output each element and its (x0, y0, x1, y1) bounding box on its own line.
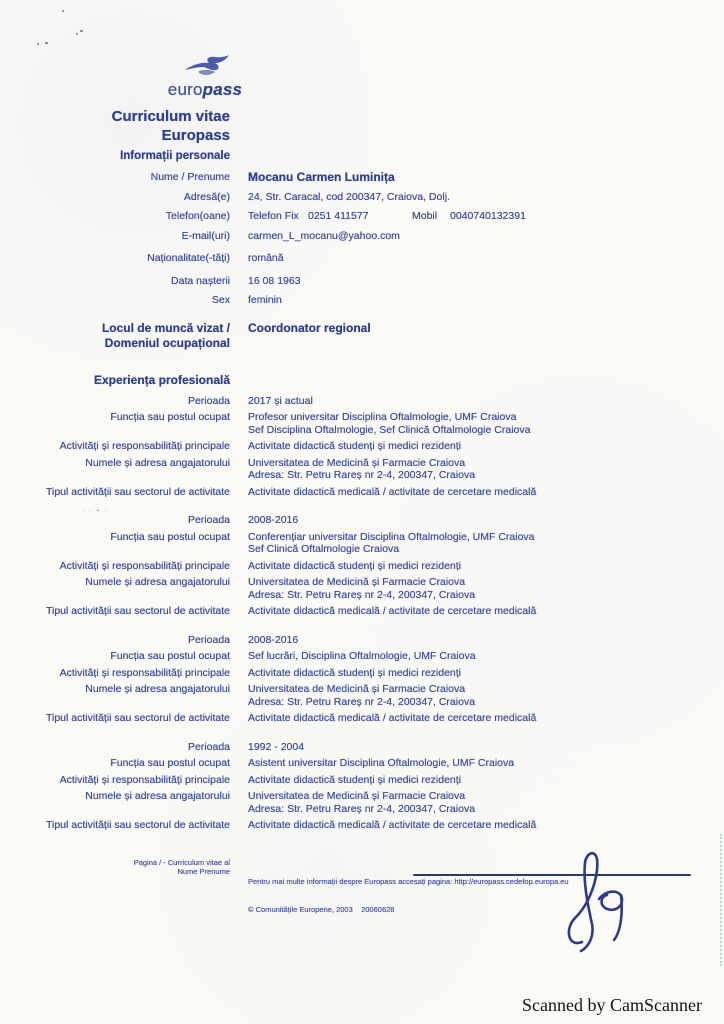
field-label-position: Funcția sau postul ocupat (0, 757, 240, 770)
sector-value: Activitate didactică medicală / activita… (240, 712, 724, 725)
activities-value: Activitate didactică studenți și medici … (240, 560, 724, 573)
field-label-birthdate: Data nașterii (0, 275, 240, 288)
logo-pass-text: pass (203, 80, 243, 99)
scan-speck (76, 33, 79, 36)
field-label-employer: Numele și adresa angajatorului (0, 457, 240, 470)
name-value: Mocanu Carmen Luminița (240, 171, 724, 184)
employer-value-line2: Adresa: Str. Petru Rareș nr 2-4, 200347,… (248, 469, 694, 482)
phone-mobile-value: 0040740132391 (450, 210, 526, 222)
camscanner-watermark: Scanned by CamScanner (522, 995, 702, 1016)
personal-row-phone: Telefon(oane) Telefon Fix0251 411577Mobi… (0, 210, 724, 223)
employer-value-line2: Adresa: Str. Petru Rareș nr 2-4, 200347,… (248, 589, 694, 602)
personal-row-birthdate: Data nașterii 16 08 1963 (0, 275, 724, 288)
field-label-activities: Activități și responsabilități principal… (0, 440, 240, 453)
field-label-position: Funcția sau postul ocupat (0, 650, 240, 663)
position-value-line1: Profesor universitar Disciplina Oftalmol… (248, 411, 694, 424)
phone-fix-label: Telefon Fix (248, 210, 308, 223)
section-heading-experience: Experiența profesională (94, 373, 230, 387)
field-label-email: E-mail(uri) (0, 230, 240, 243)
personal-row-name: Nume / Prenume Mocanu Carmen Luminița (0, 171, 724, 184)
europass-logo: europass (150, 0, 260, 99)
position-value-line2: Sef Clinică Oftalmologie Craiova (248, 543, 694, 556)
position-value-line1: Asistent universitar Disciplina Oftalmol… (248, 757, 694, 770)
field-label-period: Perioada (0, 741, 240, 754)
phone-mobile-label: Mobil (412, 210, 450, 223)
personal-row-email: E-mail(uri) carmen_L_mocanu@yahoo.com (0, 230, 724, 243)
field-label-position: Funcția sau postul ocupat (0, 411, 240, 424)
field-label-period: Perioada (0, 634, 240, 647)
job-target-label-line2: Domeniul ocupațional (0, 336, 230, 351)
scan-speck (62, 10, 64, 12)
field-label-sex: Sex (0, 294, 240, 307)
sector-value: Activitate didactică medicală / activita… (240, 605, 724, 618)
sector-value: Activitate didactică medicală / activita… (240, 486, 724, 499)
field-label-address: Adresă(e) (0, 191, 240, 204)
sector-value: Activitate didactică medicală / activita… (240, 819, 724, 832)
personal-row-address: Adresă(e) 24, Str. Caracal, cod 200347, … (0, 191, 724, 204)
field-label-period: Perioada (0, 514, 240, 527)
experience-entry: Perioada2017 și actual Funcția sau postu… (0, 395, 724, 499)
field-label-sector: Tipul activității sau sectorul de activi… (0, 605, 240, 618)
scanned-cv-page: · · + · europass Curriculum vitae Europa… (0, 0, 724, 1024)
scan-speck (80, 30, 83, 32)
activities-value: Activitate didactică studenți și medici … (240, 440, 724, 453)
email-value: carmen_L_mocanu@yahoo.com (240, 230, 724, 243)
field-label-name: Nume / Prenume (0, 171, 240, 184)
document-title-line2: Europass (0, 126, 230, 145)
document-title-line1: Curriculum vitae (0, 107, 230, 126)
field-label-activities: Activități și responsabilități principal… (0, 774, 240, 787)
period-value: 2008-2016 (240, 514, 724, 527)
period-value: 2008-2016 (240, 634, 724, 647)
field-label-sector: Tipul activității sau sectorul de activi… (0, 486, 240, 499)
job-target-value: Coordonator regional (240, 321, 724, 336)
field-label-activities: Activități și responsabilități principal… (0, 667, 240, 680)
nationality-value: română (240, 252, 724, 265)
page-footer: Pagina / - Curriculum vitae al Nume Pren… (0, 858, 724, 934)
logo-euro-text: euro (168, 80, 203, 99)
field-label-period: Perioada (0, 395, 240, 408)
personal-row-sex: Sex feminin (0, 294, 724, 307)
personal-row-nationality: Naționalitate(-tăți) română (0, 252, 724, 265)
field-label-sector: Tipul activității sau sectorul de activi… (0, 712, 240, 725)
period-value: 1992 - 2004 (240, 741, 724, 754)
position-value-line2: Sef Disciplina Oftalmologie, Sef Clinică… (248, 424, 694, 437)
sex-value: feminin (240, 294, 724, 307)
experience-entry: Perioada2008-2016 Funcția sau postul ocu… (0, 634, 724, 725)
address-value: 24, Str. Caracal, cod 200347, Craiova, D… (240, 191, 724, 204)
field-label-employer: Numele și adresa angajatorului (0, 683, 240, 696)
birthdate-value: 16 08 1963 (240, 275, 724, 288)
job-target-label-line1: Locul de muncă vizat / (0, 321, 230, 336)
field-label-sector: Tipul activității sau sectorul de activi… (0, 819, 240, 832)
scan-speck (37, 43, 39, 45)
experience-entry: Perioada1992 - 2004 Funcția sau postul o… (0, 741, 724, 832)
employer-value-line2: Adresa: Str. Petru Rareș nr 2-4, 200347,… (248, 803, 694, 816)
job-target-row: Locul de muncă vizat / Domeniul ocupațio… (0, 321, 724, 351)
footer-left-line2: Nume Prenume (0, 867, 230, 877)
position-value-line1: Sef lucrări, Disciplina Oftalmologie, UM… (248, 650, 694, 663)
position-value-line1: Conferențiar universitar Disciplina Ofta… (248, 531, 694, 544)
employer-value-line1: Universitatea de Medicină și Farmacie Cr… (248, 683, 694, 696)
activities-value: Activitate didactică studenți și medici … (240, 667, 724, 680)
europass-wordmark: europass (150, 81, 260, 99)
signature-mark (552, 846, 652, 956)
period-value: 2017 și actual (240, 395, 724, 408)
section-heading-personal: Informații personale (0, 149, 230, 164)
footer-left-line1: Pagina / - Curriculum vitae al (0, 858, 230, 868)
field-label-employer: Numele și adresa angajatorului (0, 576, 240, 589)
field-label-activities: Activități și responsabilități principal… (0, 560, 240, 573)
activities-value: Activitate didactică studenți și medici … (240, 774, 724, 787)
employer-value-line1: Universitatea de Medicină și Farmacie Cr… (248, 457, 694, 470)
scan-pen-mark: · · + · (82, 506, 108, 515)
scan-speck (45, 42, 48, 44)
field-label-employer: Numele și adresa angajatorului (0, 790, 240, 803)
experience-entry: Perioada2008-2016 Funcția sau postul ocu… (0, 514, 724, 618)
employer-value-line1: Universitatea de Medicină și Farmacie Cr… (248, 576, 694, 589)
field-label-nationality: Naționalitate(-tăți) (0, 252, 240, 265)
employer-value-line2: Adresa: Str. Petru Rareș nr 2-4, 200347,… (248, 696, 694, 709)
phone-fix-value: 0251 411577 (308, 210, 412, 223)
experience-heading-row: Experiența profesională (0, 373, 724, 388)
field-label-phone: Telefon(oane) (0, 210, 240, 223)
field-label-position: Funcția sau postul ocupat (0, 531, 240, 544)
europass-bird-icon (179, 54, 231, 80)
employer-value-line1: Universitatea de Medicină și Farmacie Cr… (248, 790, 694, 803)
